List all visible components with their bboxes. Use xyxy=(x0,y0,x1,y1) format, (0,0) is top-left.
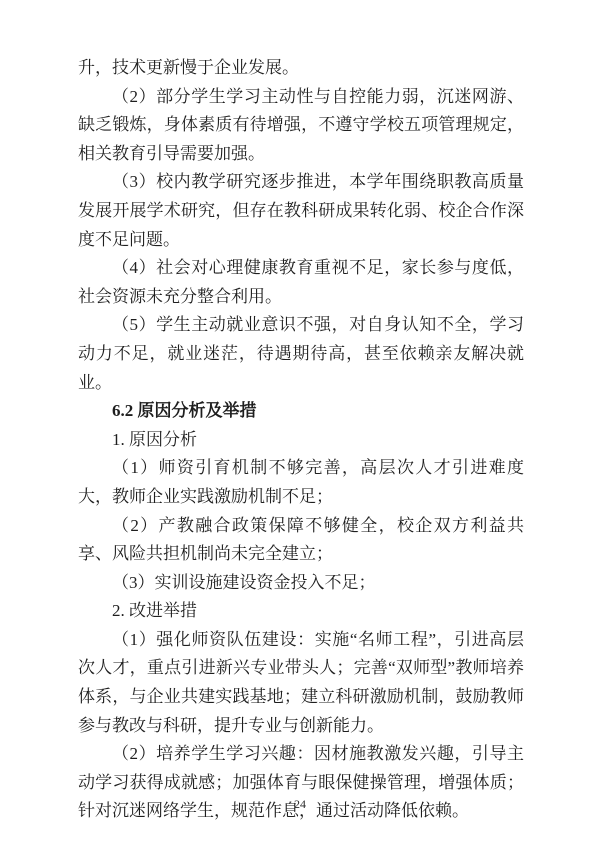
section-heading-6-2: 6.2 原因分析及举措 xyxy=(78,397,524,426)
paragraph-item-3: （3）校内教学研究逐步推进，本学年围绕职教高质量发展开展学术研究，但存在教科研成… xyxy=(78,168,524,254)
paragraph-continuation: 升，技术更新慢于企业发展。 xyxy=(78,54,524,83)
page-number: 24 xyxy=(0,797,600,812)
paragraph-cause-1: （1）师资引育机制不够完善，高层次人才引进难度大，教师企业实践激励机制不足； xyxy=(78,454,524,511)
paragraph-measure-1: （1）强化师资队伍建设：实施“名师工程”，引进高层次人才，重点引进新兴专业带头人… xyxy=(78,626,524,740)
paragraph-item-4: （4）社会对心理健康教育重视不足，家长参与度低，社会资源未充分整合利用。 xyxy=(78,254,524,311)
document-page: 升，技术更新慢于企业发展。 （2）部分学生学习主动性与自控能力弱，沉迷网游、缺乏… xyxy=(0,0,600,848)
paragraph-measure-2: （2）培养学生学习兴趣：因材施教激发兴趣，引导主动学习获得成就感；加强体育与眼保… xyxy=(78,740,524,826)
paragraph-item-2: （2）部分学生学习主动性与自控能力弱，沉迷网游、缺乏锻炼，身体素质有待增强，不遵… xyxy=(78,83,524,169)
subheading-cause-analysis: 1. 原因分析 xyxy=(78,426,524,455)
paragraph-cause-2: （2）产教融合政策保障不够健全，校企双方利益共享、风险共担机制尚未完全建立； xyxy=(78,512,524,569)
paragraph-cause-3: （3）实训设施建设资金投入不足； xyxy=(78,569,524,598)
subheading-improvement-measures: 2. 改进举措 xyxy=(78,597,524,626)
paragraph-item-5: （5）学生主动就业意识不强，对自身认知不全，学习动力不足，就业迷茫，待遇期待高，… xyxy=(78,311,524,397)
document-body: 升，技术更新慢于企业发展。 （2）部分学生学习主动性与自控能力弱，沉迷网游、缺乏… xyxy=(78,54,524,826)
